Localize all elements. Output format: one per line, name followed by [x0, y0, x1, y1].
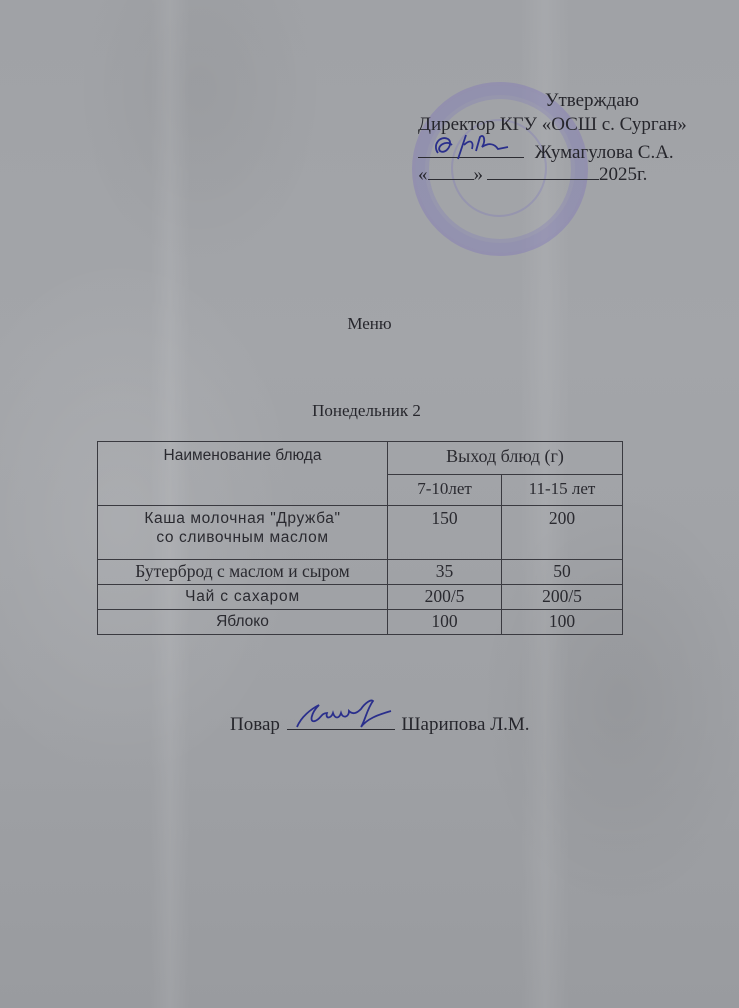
header-age-11-15: 11-15 лет [502, 474, 623, 505]
document-title: Меню [0, 314, 739, 334]
portion-11-15: 50 [502, 560, 623, 585]
cook-signature-line: Повар Шарипова Л.М. [230, 711, 530, 736]
cook-signature-blank [287, 711, 395, 730]
approval-date-line: «»2025г. [418, 164, 647, 186]
table-row: Яблоко 100 100 [98, 610, 623, 635]
director-name: Жумагулова С.А. [535, 142, 674, 163]
dish-cell: Бутерброд с маслом и сыром [98, 560, 388, 585]
date-year: 2025г. [599, 164, 647, 185]
portion-7-10: 150 [388, 506, 502, 560]
portion-7-10: 200/5 [388, 585, 502, 610]
header-age-7-10: 7-10лет [388, 474, 502, 505]
cook-signature-icon [291, 695, 401, 733]
portion-11-15: 100 [502, 610, 623, 635]
dish-cell: Каша молочная "Дружба" со сливочным масл… [98, 506, 388, 560]
cook-name: Шарипова Л.М. [401, 714, 529, 735]
date-open-quote: « [418, 164, 428, 185]
header-output: Выход блюд (г) [388, 442, 623, 475]
table-row: Каша молочная "Дружба" со сливочным масл… [98, 506, 623, 560]
header-dish-name: Наименование блюда [98, 442, 388, 506]
dish-name-line2: со сливочным маслом [98, 528, 387, 547]
portion-11-15: 200 [502, 506, 623, 560]
date-close-quote: » [474, 164, 484, 185]
table-header-row: Наименование блюда Выход блюд (г) [98, 442, 623, 475]
approve-word: Утверждаю [545, 90, 639, 112]
date-day-blank [428, 165, 474, 180]
dish-cell: Чай с сахаром [98, 585, 388, 610]
portion-7-10: 100 [388, 610, 502, 635]
table-row: Бутерброд с маслом и сыром 35 50 [98, 560, 623, 585]
director-signature-blank [418, 139, 524, 158]
date-month-blank [487, 165, 599, 180]
portion-11-15: 200/5 [502, 585, 623, 610]
director-signature-line: Жумагулова С.А. [418, 139, 674, 164]
director-signature-icon [428, 131, 518, 165]
dish-cell: Яблоко [98, 610, 388, 635]
cook-role: Повар [230, 714, 280, 735]
menu-table: Наименование блюда Выход блюд (г) 7-10ле… [97, 441, 623, 635]
table-row: Чай с сахаром 200/5 200/5 [98, 585, 623, 610]
dish-name-line1: Каша молочная "Дружба" [98, 509, 387, 528]
portion-7-10: 35 [388, 560, 502, 585]
day-subtitle: Понедельник 2 [0, 401, 736, 421]
